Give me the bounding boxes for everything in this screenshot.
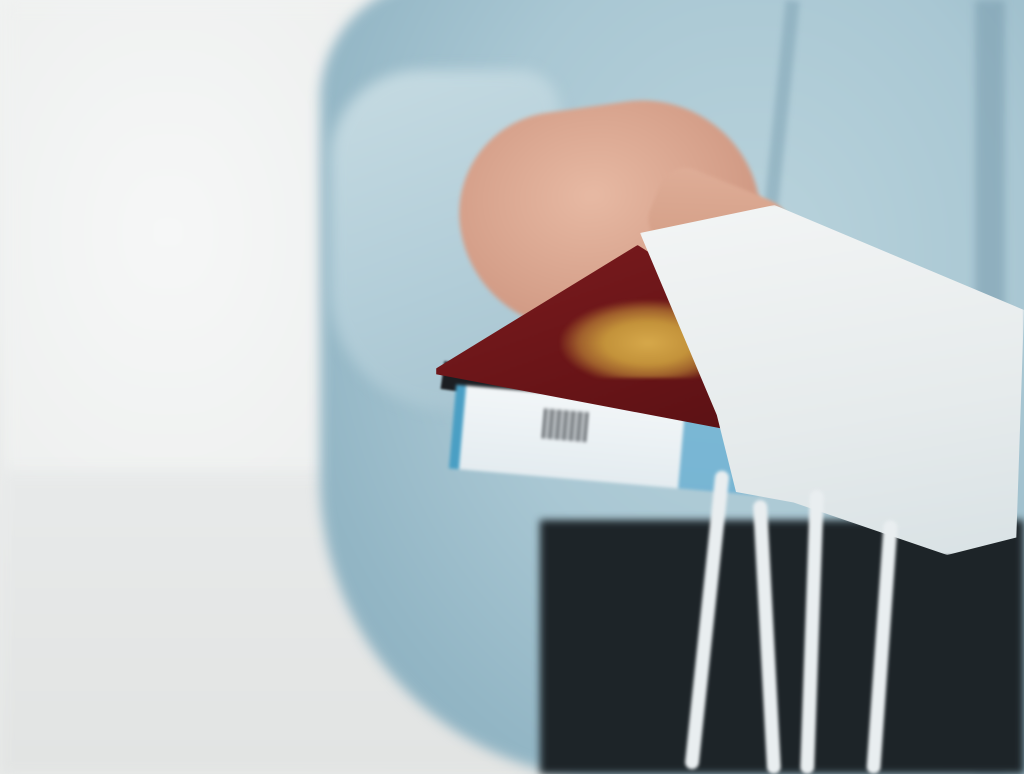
photo-scene	[0, 0, 1024, 774]
dark-clothing	[540, 520, 1024, 774]
barcode-icon	[542, 408, 590, 442]
